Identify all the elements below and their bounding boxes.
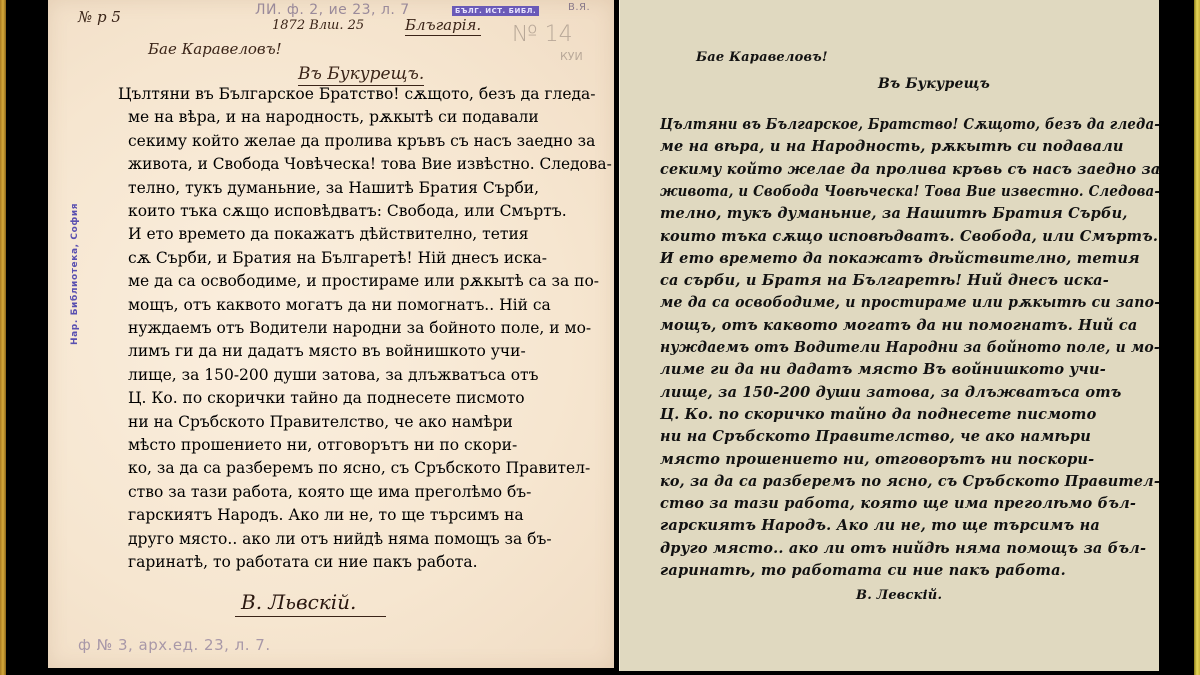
transcript-place-heading: Въ Букурещъ — [878, 76, 990, 92]
original-line: ме на вѣра, и на народность, рѫкытѣ си п… — [128, 108, 539, 126]
original-line: които тъка сѫщо исповѣдватъ: Свобода, ил… — [128, 202, 567, 220]
original-salutation: Бае Каравеловъ! — [148, 40, 282, 58]
transcript-line: телно, тукъ думаньние, за Нашитѣ Братия … — [660, 205, 1128, 222]
library-stamp-top: БЪЛГ. ИСТ. БИБЛ. — [452, 6, 539, 16]
transcribed-letter: Бае Каравеловъ! Въ Букурещъ Цълтяни въ Б… — [619, 0, 1159, 671]
number-sub-mark: КУИ — [560, 50, 583, 63]
transcript-line: друго място.. ако ли отъ нийдѣ няма помо… — [660, 540, 1146, 557]
transcript-line: лиме ги да ни дадатъ място Въ войнишкото… — [660, 361, 1106, 378]
original-line: сѫ Сърби, и Братия на Българетѣ! Ній дне… — [128, 249, 547, 267]
library-vertical-stamp: Нар. Библиотека, София — [70, 203, 80, 345]
original-line: лище, за 150-200 души затова, за длъжват… — [128, 366, 538, 384]
original-line: ме да са освободиме, и простирамe или рѫ… — [128, 272, 599, 290]
transcript-line: Цълтяни въ Българское, Братство! Сѫщото,… — [660, 116, 1160, 133]
initials-top-right: В.Я. — [568, 2, 590, 13]
transcript-salutation: Бае Каравеловъ! — [696, 50, 828, 65]
transcript-line: ни на Сръбското Правителство, че ако нам… — [660, 428, 1091, 445]
date-line: 1872 Влш. 25 — [272, 18, 364, 33]
transcript-line: гарскиятъ Народъ. Ако ли не, то ще търси… — [660, 517, 1100, 534]
transcript-line: място прошението ни, отговорътъ ни поско… — [660, 451, 1094, 468]
original-line: нуждаемъ отъ Водители народни за бойното… — [128, 319, 591, 337]
original-line: мощъ, отъ каквото могатъ да ни помогнатъ… — [128, 296, 551, 314]
transcript-line: ство за тази работа, която ще има прегол… — [660, 495, 1136, 512]
original-line: Цълтяни въ Българское Братство! сѫщото, … — [118, 85, 596, 103]
original-line: гарскиятъ Народъ. Ако ли не, то ще търси… — [128, 506, 524, 524]
original-line: секиму който желае да пролива кръвъ съ н… — [128, 132, 595, 150]
original-line: мѣсто прошението ни, отговорътъ ни по ск… — [128, 436, 517, 454]
country-heading: Блъгарія. — [405, 16, 481, 36]
original-line: гаринатѣ, то работата си ние пакъ работа… — [128, 553, 478, 571]
transcript-line: ме да са освободиме, и простираме или рѫ… — [660, 294, 1160, 311]
number-mark: № 14 — [512, 22, 573, 47]
original-line: телно, тукъ думаньние, за Нашитѣ Братия … — [128, 179, 539, 197]
transcript-line: ме на вѣра, и на Народность, рѫкытѣ си п… — [660, 138, 1124, 155]
archive-reference-top: ЛИ. ф. 2, ие 23, л. 7 — [255, 2, 410, 18]
gold-frame-left — [0, 0, 6, 675]
original-line: живота, и Свобода Човѣческа! това Вие из… — [128, 155, 612, 173]
transcript-line: нуждаемъ отъ Водители Народни за бойното… — [660, 339, 1160, 356]
transcript-line: които тъка сѫщо исповѣдватъ. Свобода, ил… — [660, 228, 1158, 245]
transcript-line: секиму който желае да пролива кръвь съ н… — [660, 161, 1160, 178]
original-line: Ц. Ко. по скорички тайно да поднесете пи… — [128, 389, 525, 407]
original-line: И ето времето да покажатъ дѣйствително, … — [128, 225, 529, 243]
transcript-line: ко, за да са разберемъ по ясно, съ Сръбс… — [660, 473, 1160, 490]
original-signature: В. Львскій. — [235, 590, 386, 617]
original-line: ство за тази работа, която ще има прегол… — [128, 483, 531, 501]
transcript-line: гаринатѣ, то работата си ние пакъ работа… — [660, 562, 1066, 579]
original-line: лимъ ги да ни дадатъ място въ войнишкото… — [128, 342, 526, 360]
transcript-line: мощъ, отъ каквото могатъ да ни помогнатъ… — [660, 317, 1137, 334]
archive-reference-bottom: ф № 3, арх.ед. 23, л. 7. — [78, 636, 271, 654]
transcript-signature: В. Левскій. — [856, 588, 942, 603]
original-line: ни на Сръбското Правителство, че ако нам… — [128, 413, 513, 431]
transcript-line: И ето времето да покажатъ дѣйствително, … — [660, 250, 1140, 267]
transcript-line: Ц. Ко. по скоричко тайно да поднесете пи… — [660, 406, 1096, 423]
transcript-line: лище, за 150-200 души затова, за длъжват… — [660, 384, 1121, 401]
original-line: друго място.. ако ли отъ нийдѣ няма помо… — [128, 530, 552, 548]
gold-frame-right — [1194, 0, 1200, 675]
original-place-heading: Въ Букурещъ. — [298, 64, 424, 86]
transcript-line: живота, и Свобода Човѣческа! Това Вие из… — [660, 183, 1160, 200]
ref-number-left: № р 5 — [78, 8, 121, 26]
transcript-line: са сърби, и Братя на Българетѣ! Ний днес… — [660, 272, 1109, 289]
original-line: ко, за да са разберемъ по ясно, съ Сръбс… — [128, 459, 590, 477]
